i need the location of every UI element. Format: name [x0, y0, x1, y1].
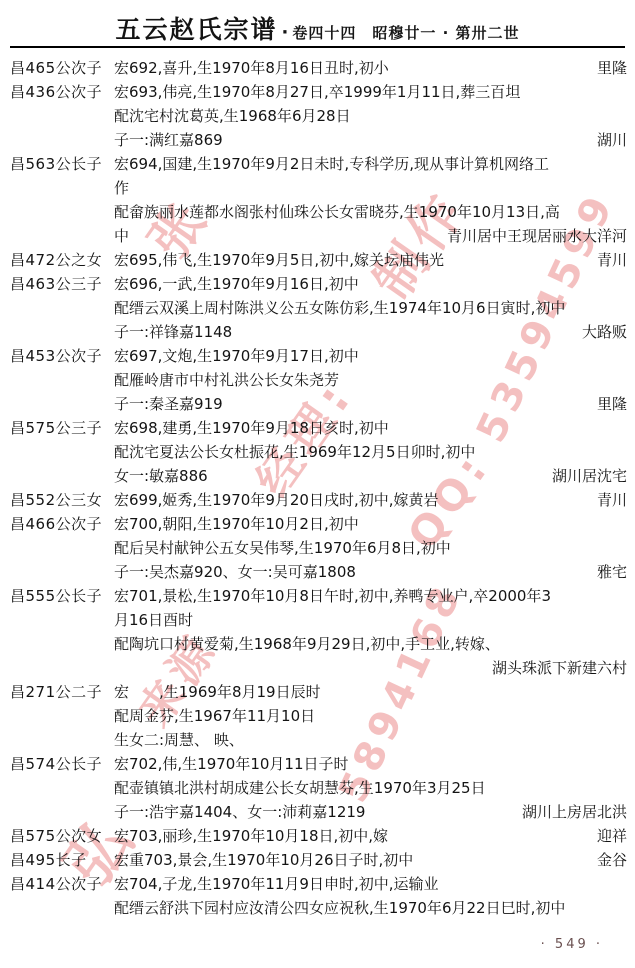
entry-text: 宏696,一武,生1970年9月16日,初中 — [114, 272, 359, 296]
entry-text: 配壶镇镇北洪村胡成建公长女胡慧芬,生1970年3月25日 — [114, 776, 486, 800]
entry-place: 金谷 — [587, 848, 627, 872]
volume-subtitle: 卷四十四 昭穆廿一 · 第卅二世 — [292, 24, 519, 42]
entry-text: 宏693,伟亮,生1970年8月27日,卒1999年1月11日,葬三百坦 — [114, 80, 520, 104]
entry-place: 湖川上房居北洪 — [512, 800, 627, 824]
entry-line: 配缙云双溪上周村陈洪义公五女陈仿彩,生1974年10月6日寅时,初中 — [0, 296, 635, 320]
entry-place: 青川 — [587, 248, 627, 272]
entry-place: 青川 — [587, 488, 627, 512]
entry-line: 生女二:周慧、 映、 — [0, 728, 635, 752]
entry-label: 昌563公长子 — [10, 152, 114, 176]
entry-line: 昌466公次子 宏700,朝阳,生1970年10月2日,初中 — [0, 512, 635, 536]
entry-label: 昌465公次子 — [10, 56, 114, 80]
entry-text: 宏692,喜升,生1970年8月16日丑时,初小 — [114, 56, 389, 80]
entry-label: 昌574公长子 — [10, 752, 114, 776]
entry-text: 配后吴村献钟公五女吴伟琴,生1970年6月8日,初中 — [114, 536, 451, 560]
genealogy-page: 张 制作 经理: 53594599 QQ: 5894168 弘 来源 五云赵氏宗… — [0, 0, 635, 968]
entry-place: 里隆 — [587, 56, 627, 80]
entry-text: 配雁岭唐市中村礼洪公长女朱尧芳 — [114, 368, 339, 392]
entry-line: 月16日酉时 — [0, 608, 635, 632]
entry-text: 宏694,国建,生1970年9月2日未时,专科学历,现从事计算机网络工 — [114, 152, 549, 176]
entry-line: 昌575公次女 宏703,丽珍,生1970年10月18日,初中,嫁 迎祥 — [0, 824, 635, 848]
entry-line: 配缙云舒洪下园村应汝清公四女应祝秋,生1970年6月22日巳时,初中 — [0, 896, 635, 920]
entry-text: 宏702,伟,生1970年10月11日子时 — [114, 752, 349, 776]
entry-line: 子一:满红嘉869 湖川 — [0, 128, 635, 152]
entry-line: 昌414公次子 宏704,子龙,生1970年11月9日申时,初中,运输业 — [0, 872, 635, 896]
book-title: 五云赵氏宗谱 — [115, 15, 277, 44]
entry-label: 昌414公次子 — [10, 872, 114, 896]
entry-label: 昌575公次女 — [10, 824, 114, 848]
entry-place: 湖川居沈宅 — [542, 464, 627, 488]
entry-place: 大路贩 — [572, 320, 627, 344]
entry-line: 配后吴村献钟公五女吴伟琴,生1970年6月8日,初中 — [0, 536, 635, 560]
entry-line: 昌453公次子 宏697,文炮,生1970年9月17日,初中 — [0, 344, 635, 368]
entry-place: 迎祥 — [587, 824, 627, 848]
entry-line: 昌563公长子 宏694,国建,生1970年9月2日未时,专科学历,现从事计算机… — [0, 152, 635, 176]
entry-place: 青川居中王现居丽水大洋河 — [437, 224, 627, 248]
entry-label: 昌575公三子 — [10, 416, 114, 440]
entry-line: 昌436公次子 宏693,伟亮,生1970年8月27日,卒1999年1月11日,… — [0, 80, 635, 104]
entry-text: 宏 ,生1969年8月19日辰时 — [114, 680, 321, 704]
entry-text: 生女二:周慧、 映、 — [114, 728, 244, 752]
entry-place: 湖川 — [587, 128, 627, 152]
entry-label: 昌436公次子 — [10, 80, 114, 104]
entry-text: 配缙云舒洪下园村应汝清公四女应祝秋,生1970年6月22日巳时,初中 — [114, 896, 565, 920]
entry-text: 宏699,姬秀,生1970年9月20日戌时,初中,嫁黄岩 — [114, 488, 439, 512]
entry-text: 作 — [114, 176, 129, 200]
entry-text: 配陶坑口村黄爱菊,生1968年9月29日,初中,手工业,转嫁、 — [114, 632, 500, 656]
entry-text: 子一:浩宇嘉1404、女一:沛莉嘉1219 — [114, 800, 365, 824]
entry-line: 昌271公二子 宏 ,生1969年8月19日辰时 — [0, 680, 635, 704]
entry-line: 配沈宅夏法公长女杜振花,生1969年12月5日卯时,初中 — [0, 440, 635, 464]
entry-text: 月16日酉时 — [114, 608, 193, 632]
entry-text: 宏695,伟飞,生1970年9月5日,初中,嫁关坛庙伟光 — [114, 248, 444, 272]
entry-text: 配周金芬,生1967年11月10日 — [114, 704, 315, 728]
entry-line: 配畲族丽水莲都水阁张村仙珠公长女雷晓芬,生1970年10月13日,高 — [0, 200, 635, 224]
entry-line: 配壶镇镇北洪村胡成建公长女胡慧芬,生1970年3月25日 — [0, 776, 635, 800]
entry-text: 宏700,朝阳,生1970年10月2日,初中 — [114, 512, 359, 536]
entry-line: 昌575公三子 宏698,建勇,生1970年9月18日亥时,初中 — [0, 416, 635, 440]
entry-line: 湖头珠派下新建六村 — [0, 656, 635, 680]
entry-line: 女一:敏嘉886 湖川居沈宅 — [0, 464, 635, 488]
entry-line: 子一:秦圣嘉919 里隆 — [0, 392, 635, 416]
entry-text: 配缙云双溪上周村陈洪义公五女陈仿彩,生1974年10月6日寅时,初中 — [114, 296, 565, 320]
entry-label: 昌552公三女 — [10, 488, 114, 512]
entry-text: 宏701,景松,生1970年10月8日午时,初中,养鸭专业户,卒2000年3 — [114, 584, 551, 608]
page-number: · 549 · — [541, 937, 603, 952]
entry-text: 中 — [114, 224, 129, 248]
entry-text: 宏重703,景会,生1970年10月26日子时,初中 — [114, 848, 413, 872]
entry-line: 配沈宅村沈葛英,生1968年6月28日 — [0, 104, 635, 128]
entry-line: 昌574公长子 宏702,伟,生1970年10月11日子时 — [0, 752, 635, 776]
entry-line: 昌552公三女 宏699,姬秀,生1970年9月20日戌时,初中,嫁黄岩 青川 — [0, 488, 635, 512]
entry-label: 昌271公二子 — [10, 680, 114, 704]
entry-label: 昌555公长子 — [10, 584, 114, 608]
entry-text: 宏704,子龙,生1970年11月9日申时,初中,运输业 — [114, 872, 439, 896]
entry-line: 昌465公次子 宏692,喜升,生1970年8月16日丑时,初小 里隆 — [0, 56, 635, 80]
entry-label: 昌453公次子 — [10, 344, 114, 368]
title-separator-dot: · — [278, 22, 293, 43]
entry-text: 配畲族丽水莲都水阁张村仙珠公长女雷晓芬,生1970年10月13日,高 — [114, 200, 560, 224]
entry-line: 中 青川居中王现居丽水大洋河 — [0, 224, 635, 248]
entry-text: 女一:敏嘉886 — [114, 464, 208, 488]
entry-text: 配沈宅村沈葛英,生1968年6月28日 — [114, 104, 351, 128]
entry-line: 昌472公之女 宏695,伟飞,生1970年9月5日,初中,嫁关坛庙伟光 青川 — [0, 248, 635, 272]
entry-label: 昌495长子 — [10, 848, 114, 872]
page-header: 五云赵氏宗谱·卷四十四 昭穆廿一 · 第卅二世 — [0, 10, 635, 46]
entry-text: 宏698,建勇,生1970年9月18日亥时,初中 — [114, 416, 389, 440]
entry-text: 宏703,丽珍,生1970年10月18日,初中,嫁 — [114, 824, 388, 848]
entry-line: 子一:祥锋嘉1148 大路贩 — [0, 320, 635, 344]
entry-label: 昌466公次子 — [10, 512, 114, 536]
entry-line: 配周金芬,生1967年11月10日 — [0, 704, 635, 728]
entry-place: 雅宅 — [587, 560, 627, 584]
entries-block: 昌465公次子 宏692,喜升,生1970年8月16日丑时,初小 里隆 昌436… — [0, 56, 635, 920]
entry-text: 配沈宅夏法公长女杜振花,生1969年12月5日卯时,初中 — [114, 440, 475, 464]
entry-line: 昌495长子 宏重703,景会,生1970年10月26日子时,初中 金谷 — [0, 848, 635, 872]
entry-label: 昌472公之女 — [10, 248, 114, 272]
entry-label: 昌463公三子 — [10, 272, 114, 296]
entry-line: 子一:吴杰嘉920、女一:吴可嘉1808 雅宅 — [0, 560, 635, 584]
entry-line: 配雁岭唐市中村礼洪公长女朱尧芳 — [0, 368, 635, 392]
entry-place: 里隆 — [587, 392, 627, 416]
entry-text: 子一:祥锋嘉1148 — [114, 320, 232, 344]
entry-place: 湖头珠派下新建六村 — [482, 656, 627, 680]
entry-text: 子一:吴杰嘉920、女一:吴可嘉1808 — [114, 560, 356, 584]
entry-text: 子一:秦圣嘉919 — [114, 392, 223, 416]
header-rule — [10, 46, 625, 48]
entry-text: 宏697,文炮,生1970年9月17日,初中 — [114, 344, 359, 368]
entry-line: 昌555公长子 宏701,景松,生1970年10月8日午时,初中,养鸭专业户,卒… — [0, 584, 635, 608]
entry-text: 子一:满红嘉869 — [114, 128, 223, 152]
entry-line: 配陶坑口村黄爱菊,生1968年9月29日,初中,手工业,转嫁、 — [0, 632, 635, 656]
entry-line: 昌463公三子 宏696,一武,生1970年9月16日,初中 — [0, 272, 635, 296]
entry-line: 子一:浩宇嘉1404、女一:沛莉嘉1219 湖川上房居北洪 — [0, 800, 635, 824]
entry-line: 作 — [0, 176, 635, 200]
